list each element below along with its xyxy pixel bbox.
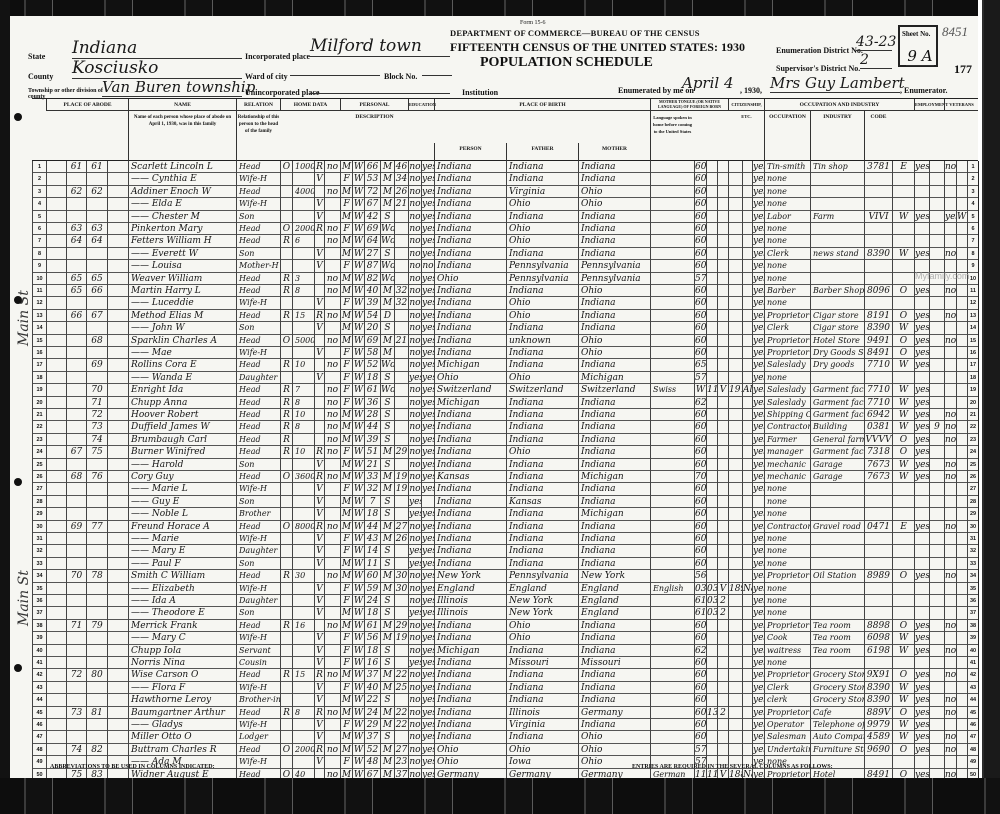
cell-mar: M [380, 719, 394, 731]
cell-bp: Indiana [434, 285, 506, 297]
cell-radio: R [314, 669, 324, 681]
cell-agem: 27 [394, 744, 408, 756]
cell-rd: yes [421, 372, 434, 384]
cell-cb [706, 471, 717, 483]
cell-name: —— Luceddie [128, 297, 236, 309]
cell-race: W [352, 335, 364, 347]
cell-cc [717, 335, 728, 347]
line-number-right: 2 [967, 173, 978, 185]
cell-vw [956, 521, 967, 533]
cell-cb [706, 558, 717, 570]
cell-bf: Indiana [506, 558, 578, 570]
cell-vy: no [944, 669, 956, 681]
cell-race: W [352, 645, 364, 657]
cell-lang [650, 421, 694, 433]
cell-agem: 21 [394, 335, 408, 347]
cell-sex: F [340, 397, 352, 409]
cell-sch: no [408, 533, 421, 545]
cell-rd: yes [421, 707, 434, 719]
cell-val: 16 [292, 620, 314, 632]
cell-occ: Farmer [764, 434, 810, 446]
cell-farm [324, 372, 340, 384]
cell-sch: no [408, 583, 421, 595]
cell-line: 27 [32, 483, 46, 495]
cell-lang [650, 508, 694, 520]
cell-race: W [352, 483, 364, 495]
cell-sch: no [408, 744, 421, 756]
cell-rel: Head [236, 707, 280, 719]
cell-vy [944, 397, 956, 409]
cell-agem: 30 [394, 570, 408, 582]
cell-wy: yes [914, 570, 929, 582]
cell-blank [46, 273, 66, 285]
cell-radio: V [314, 248, 324, 260]
cell-radio [314, 186, 324, 198]
cell-wy [914, 496, 929, 508]
cell-occ: Saleslady [764, 359, 810, 371]
table-row: 12—— LuceddieWife-HVFW39M32noyesIndianaO… [32, 297, 978, 309]
cell-radio: V [314, 632, 324, 644]
cell-vy [944, 496, 956, 508]
cell-cb [706, 223, 717, 235]
cell-imm [728, 297, 742, 309]
cell-wy [914, 545, 929, 557]
cell-name: Norris Nina [128, 657, 236, 669]
cell-eng: yes [752, 583, 764, 595]
cell-cc [717, 310, 728, 322]
cell-cb [706, 359, 717, 371]
cell-wl [929, 682, 944, 694]
cell-sch: no [408, 421, 421, 433]
cell-bf: Ohio [506, 198, 578, 210]
cell-ind: General farm [810, 434, 864, 446]
cell-agem: 26 [394, 186, 408, 198]
cell-mar: Wd [380, 223, 394, 235]
cell-agem [394, 211, 408, 223]
cell-blank [46, 558, 66, 570]
cell-radio: V [314, 459, 324, 471]
cell-mar: S [380, 694, 394, 706]
cell-imm [728, 483, 742, 495]
cell-val [292, 731, 314, 743]
cell-wy: yes [914, 434, 929, 446]
cell-bm: Indiana [578, 322, 650, 334]
cell-vy [944, 186, 956, 198]
cell-imm [728, 335, 742, 347]
cell-fam: 77 [86, 521, 107, 533]
cell-nat [742, 545, 752, 557]
cell-fam: 82 [86, 744, 107, 756]
cell-wl [929, 632, 944, 644]
cell-dw [66, 682, 86, 694]
cell-mar: M [380, 471, 394, 483]
cell-bm: Indiana [578, 694, 650, 706]
cell-race: W [352, 297, 364, 309]
cell-fam [86, 260, 107, 272]
cell-sch: no [408, 322, 421, 334]
cell-rd: yes [421, 186, 434, 198]
cell-wy: yes [914, 211, 929, 223]
cell-cb [706, 483, 717, 495]
cell-rel: Head [236, 744, 280, 756]
cell-blank [107, 421, 128, 433]
cell-blank [107, 657, 128, 669]
cell-bm: Ohio [578, 198, 650, 210]
cell-cc [717, 533, 728, 545]
cell-sch: yes [408, 657, 421, 669]
cell-line: 30 [32, 521, 46, 533]
cell-occ: Shipping Clerk [764, 409, 810, 421]
census-title: FIFTEENTH CENSUS OF THE UNITED STATES: 1… [450, 40, 745, 55]
cell-wy: yes [914, 285, 929, 297]
cell-bm: Indiana [578, 719, 650, 731]
cell-bm: Indiana [578, 682, 650, 694]
cell-name: —— Mary C [128, 632, 236, 644]
cell-radio: V [314, 508, 324, 520]
cell-bf: Ohio [506, 632, 578, 644]
cell-cls: O [892, 285, 914, 297]
cell-radio [314, 285, 324, 297]
cell-wl [929, 483, 944, 495]
cell-blank [46, 285, 66, 297]
cell-wy [914, 558, 929, 570]
cell-line: 10 [32, 273, 46, 285]
cell-ten [280, 545, 292, 557]
cell-agem [394, 359, 408, 371]
cell-dw [66, 545, 86, 557]
cell-occ: Contractor [764, 521, 810, 533]
cell-name: Pinkerton Mary [128, 223, 236, 235]
cell-blank [107, 583, 128, 595]
cell-sex: F [340, 632, 352, 644]
cell-bp: Indiana [434, 421, 506, 433]
cell-fam: 80 [86, 669, 107, 681]
cell-fam: 67 [86, 310, 107, 322]
cell-race: W [352, 694, 364, 706]
cell-agem [394, 459, 408, 471]
cell-imm [728, 744, 742, 756]
table-row: 35—— ElizabethWife-HVFW59M30noyesEngland… [32, 583, 978, 595]
cell-bp: Indiana [434, 731, 506, 743]
cell-mar: M [380, 198, 394, 210]
cell-bm: Missouri [578, 657, 650, 669]
cell-wl [929, 707, 944, 719]
cell-ten: R [280, 285, 292, 297]
cell-sex: F [340, 347, 352, 359]
cell-cd [864, 558, 892, 570]
cell-cls: O [892, 310, 914, 322]
cell-ten: R [280, 359, 292, 371]
cell-vy: no [944, 731, 956, 743]
cell-nat [742, 235, 752, 247]
cell-occ: Clerk [764, 682, 810, 694]
cell-vw [956, 645, 967, 657]
cell-bp: Ohio [434, 273, 506, 285]
cell-ind: Garment factory [810, 446, 864, 458]
cell-wy [914, 186, 929, 198]
cell-imm [728, 235, 742, 247]
cell-sch: no [408, 471, 421, 483]
cell-bp: Michigan [434, 397, 506, 409]
cell-radio: V [314, 211, 324, 223]
cell-ca: 61 [694, 607, 706, 619]
table-row: 66363Pinkerton MaryHeadO2000RnoFW69Wdnoy… [32, 223, 978, 235]
cell-val [292, 632, 314, 644]
cell-wl [929, 335, 944, 347]
cell-radio [314, 235, 324, 247]
cell-mar: S [380, 595, 394, 607]
cell-imm: 1896 [728, 583, 742, 595]
cell-cb [706, 273, 717, 285]
cell-ind: Telephone office [810, 719, 864, 731]
cell-wy [914, 595, 929, 607]
cell-farm: no [324, 620, 340, 632]
cell-wy: yes [914, 471, 929, 483]
cell-radio: V [314, 682, 324, 694]
cell-sex: F [340, 483, 352, 495]
cell-cd: 8390 [864, 248, 892, 260]
cell-vy: no [944, 434, 956, 446]
cell-line: 3 [32, 186, 46, 198]
cell-radio: R [314, 744, 324, 756]
cell-bp: Indiana [434, 322, 506, 334]
cell-ten [280, 645, 292, 657]
cell-cls [892, 260, 914, 272]
cell-sex: M [340, 694, 352, 706]
cell-bm: Indiana [578, 434, 650, 446]
cell-vy [944, 446, 956, 458]
state-label: State [28, 52, 45, 61]
cell-cls: O [892, 620, 914, 632]
cell-blank [46, 384, 66, 396]
cell-wy: yes [914, 421, 929, 433]
cell-rd: yes [421, 595, 434, 607]
cell-radio: R [314, 161, 324, 173]
cell-bp: Indiana [434, 409, 506, 421]
cell-fam [86, 322, 107, 334]
cell-ten: R [280, 397, 292, 409]
cell-sch: no [408, 731, 421, 743]
cell-bp: Ohio [434, 744, 506, 756]
cell-sch: no [408, 570, 421, 582]
cell-ind [810, 595, 864, 607]
line-number-right: 7 [967, 235, 978, 247]
cell-rd: yes [421, 508, 434, 520]
cell-rd: yes [421, 173, 434, 185]
cell-nat [742, 645, 752, 657]
cell-age: 29 [364, 719, 380, 731]
cell-sch: no [408, 335, 421, 347]
cell-ca: 60 [694, 434, 706, 446]
cell-cls [892, 583, 914, 595]
cell-rel: Head [236, 235, 280, 247]
cell-radio: R [314, 521, 324, 533]
cell-race: W [352, 260, 364, 272]
cell-farm [324, 347, 340, 359]
cell-cc [717, 322, 728, 334]
cell-rel: Wife-H [236, 483, 280, 495]
cell-imm [728, 248, 742, 260]
cell-rd: yes [421, 409, 434, 421]
cell-eng: yes [752, 248, 764, 260]
cell-radio [314, 335, 324, 347]
cell-cls [892, 186, 914, 198]
cell-vy: no [944, 161, 956, 173]
cell-name: —— Guy E [128, 496, 236, 508]
cell-cb [706, 248, 717, 260]
cell-vy [944, 719, 956, 731]
cell-bf: Missouri [506, 657, 578, 669]
cell-cc [717, 570, 728, 582]
cell-fam [86, 694, 107, 706]
cell-dw: 63 [66, 223, 86, 235]
line-number-right: 34 [967, 570, 978, 582]
cell-rel: Lodger [236, 731, 280, 743]
cell-mar: M [380, 682, 394, 694]
cell-dw [66, 558, 86, 570]
cell-name: —— John W [128, 322, 236, 334]
cell-wl [929, 496, 944, 508]
cell-cls [892, 235, 914, 247]
cell-lang [650, 570, 694, 582]
sheet-footer: ABBREVIATIONS TO BE USED IN COLUMNS INDI… [10, 764, 978, 778]
cell-wl [929, 657, 944, 669]
cell-line: 28 [32, 496, 46, 508]
cell-line: 47 [32, 731, 46, 743]
cell-bm: Indiana [578, 533, 650, 545]
cell-line: 43 [32, 682, 46, 694]
cell-line: 31 [32, 533, 46, 545]
cell-bf: Indiana [506, 421, 578, 433]
cell-age: 27 [364, 248, 380, 260]
cell-dw [66, 607, 86, 619]
table-row: 47Miller Otto OLodgerVMW37SnoyesIndianaI… [32, 731, 978, 743]
cell-eng: yes [752, 173, 764, 185]
cell-rel: Head [236, 335, 280, 347]
cell-ten: O [280, 335, 292, 347]
cell-imm [728, 669, 742, 681]
cell-cd [864, 173, 892, 185]
cell-rd: yes [421, 198, 434, 210]
cell-bp: Indiana [434, 657, 506, 669]
cell-name: —— Harold [128, 459, 236, 471]
cell-rel: Wife-H [236, 173, 280, 185]
table-row: 1568Sparklin Charles AHeadO5000noMW69M21… [32, 335, 978, 347]
cell-age: 44 [364, 421, 380, 433]
cell-ca: 60 [694, 335, 706, 347]
cell-ca: 60 [694, 620, 706, 632]
cell-vw [956, 161, 967, 173]
cell-bp: Switzerland [434, 384, 506, 396]
cell-val [292, 297, 314, 309]
cell-bf: New York [506, 595, 578, 607]
cell-radio [314, 620, 324, 632]
cell-vw [956, 322, 967, 334]
cell-fam: 75 [86, 446, 107, 458]
cell-radio: V [314, 297, 324, 309]
cell-name: Addiner Enoch W [128, 186, 236, 198]
cell-cls [892, 173, 914, 185]
cell-lang [650, 161, 694, 173]
cell-sch: no [408, 521, 421, 533]
line-number-right: 23 [967, 434, 978, 446]
cell-dw [66, 322, 86, 334]
cell-line: 46 [32, 719, 46, 731]
cell-radio: V [314, 372, 324, 384]
cell-rd: yes [421, 570, 434, 582]
cell-bf: Indiana [506, 508, 578, 520]
cell-age: 32 [364, 483, 380, 495]
sheet-number-value: 9 A [906, 47, 934, 66]
cell-line: 32 [32, 545, 46, 557]
cell-fam [86, 347, 107, 359]
cell-mar: M [380, 347, 394, 359]
cell-vy [944, 558, 956, 570]
stamped-reference: 8451 [942, 24, 968, 40]
cell-cb [706, 260, 717, 272]
cell-blank [46, 620, 66, 632]
cell-line: 34 [32, 570, 46, 582]
table-row: 116566Martin Harry LHeadR8noMW40M32noyes… [32, 285, 978, 297]
line-number-right: 29 [967, 508, 978, 520]
cell-age: 37 [364, 669, 380, 681]
cell-blank [107, 409, 128, 421]
cell-fam: 63 [86, 223, 107, 235]
group-place-of-birth: PLACE OF BIRTH [434, 99, 650, 111]
cell-ca: 60 [694, 173, 706, 185]
cell-cb [706, 335, 717, 347]
cell-blank [46, 694, 66, 706]
cell-eng [752, 496, 764, 508]
cell-radio [314, 570, 324, 582]
cell-wl: 9 [929, 421, 944, 433]
cell-imm [728, 645, 742, 657]
cell-mar: S [380, 545, 394, 557]
cell-race: W [352, 347, 364, 359]
cell-age: 64 [364, 235, 380, 247]
cell-name: —— Marie [128, 533, 236, 545]
cell-ten [280, 297, 292, 309]
cell-agem: 29 [394, 620, 408, 632]
cell-age: 40 [364, 682, 380, 694]
cell-age: 66 [364, 161, 380, 173]
cell-farm [324, 595, 340, 607]
cell-farm [324, 583, 340, 595]
cell-nat [742, 397, 752, 409]
cell-wy [914, 198, 929, 210]
cell-occ: Saleslady [764, 384, 810, 396]
cell-name: —— Wanda E [128, 372, 236, 384]
cell-vw [956, 669, 967, 681]
cell-vw [956, 421, 967, 433]
cell-vw [956, 570, 967, 582]
cell-rel: Head [236, 384, 280, 396]
cell-mar: S [380, 421, 394, 433]
cell-occ: none [764, 235, 810, 247]
cell-blank [107, 595, 128, 607]
cell-fam [86, 719, 107, 731]
cell-cb [706, 545, 717, 557]
cell-sch: no [408, 260, 421, 272]
cell-nat [742, 669, 752, 681]
cell-occ: Proprietor [764, 707, 810, 719]
department-heading: DEPARTMENT OF COMMERCE—BUREAU OF THE CEN… [450, 28, 700, 38]
cell-race: W [352, 558, 364, 570]
cell-cc: 2 [717, 595, 728, 607]
cell-bm: Ohio [578, 186, 650, 198]
cell-fam [86, 595, 107, 607]
cell-vy [944, 359, 956, 371]
